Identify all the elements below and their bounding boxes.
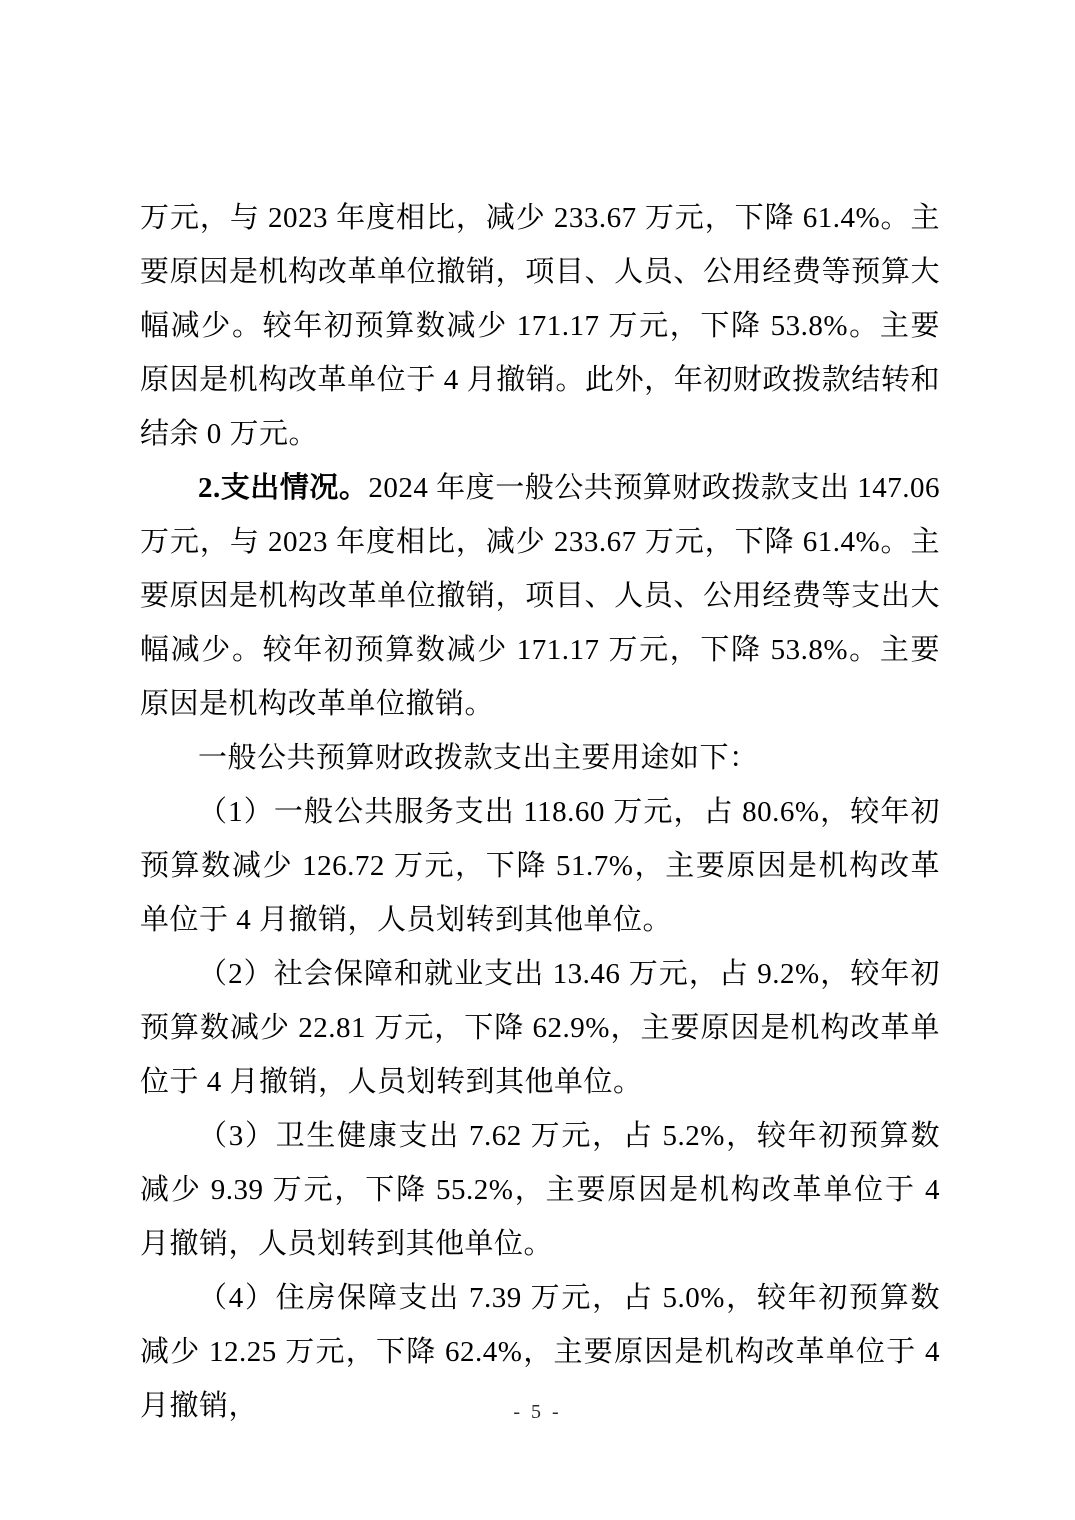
paragraph-expenditure-overview: 2.支出情况。2024 年度一般公共预算财政拨款支出 147.06 万元，与 2… — [140, 461, 940, 731]
page-number: - 5 - — [0, 1398, 1075, 1426]
document-page: 万元，与 2023 年度相比，减少 233.67 万元，下降 61.4%。主要原… — [0, 0, 1075, 1520]
paragraph-item-2: （2）社会保障和就业支出 13.46 万元，占 9.2%，较年初预算数减少 22… — [140, 947, 940, 1109]
paragraph-expenditure-bold-lead: 2.支出情况。 — [198, 472, 368, 504]
document-body: 万元，与 2023 年度相比，减少 233.67 万元，下降 61.4%。主要原… — [140, 191, 940, 1433]
paragraph-item-3: （3）卫生健康支出 7.62 万元，占 5.2%，较年初预算数减少 9.39 万… — [140, 1109, 940, 1271]
paragraph-usage-intro: 一般公共预算财政拨款支出主要用途如下： — [140, 731, 940, 785]
paragraph-expenditure-text: 2024 年度一般公共预算财政拨款支出 147.06 万元，与 2023 年度相… — [140, 472, 940, 720]
paragraph-income-continued: 万元，与 2023 年度相比，减少 233.67 万元，下降 61.4%。主要原… — [140, 191, 940, 461]
paragraph-item-1: （1）一般公共服务支出 118.60 万元，占 80.6%，较年初预算数减少 1… — [140, 785, 940, 947]
